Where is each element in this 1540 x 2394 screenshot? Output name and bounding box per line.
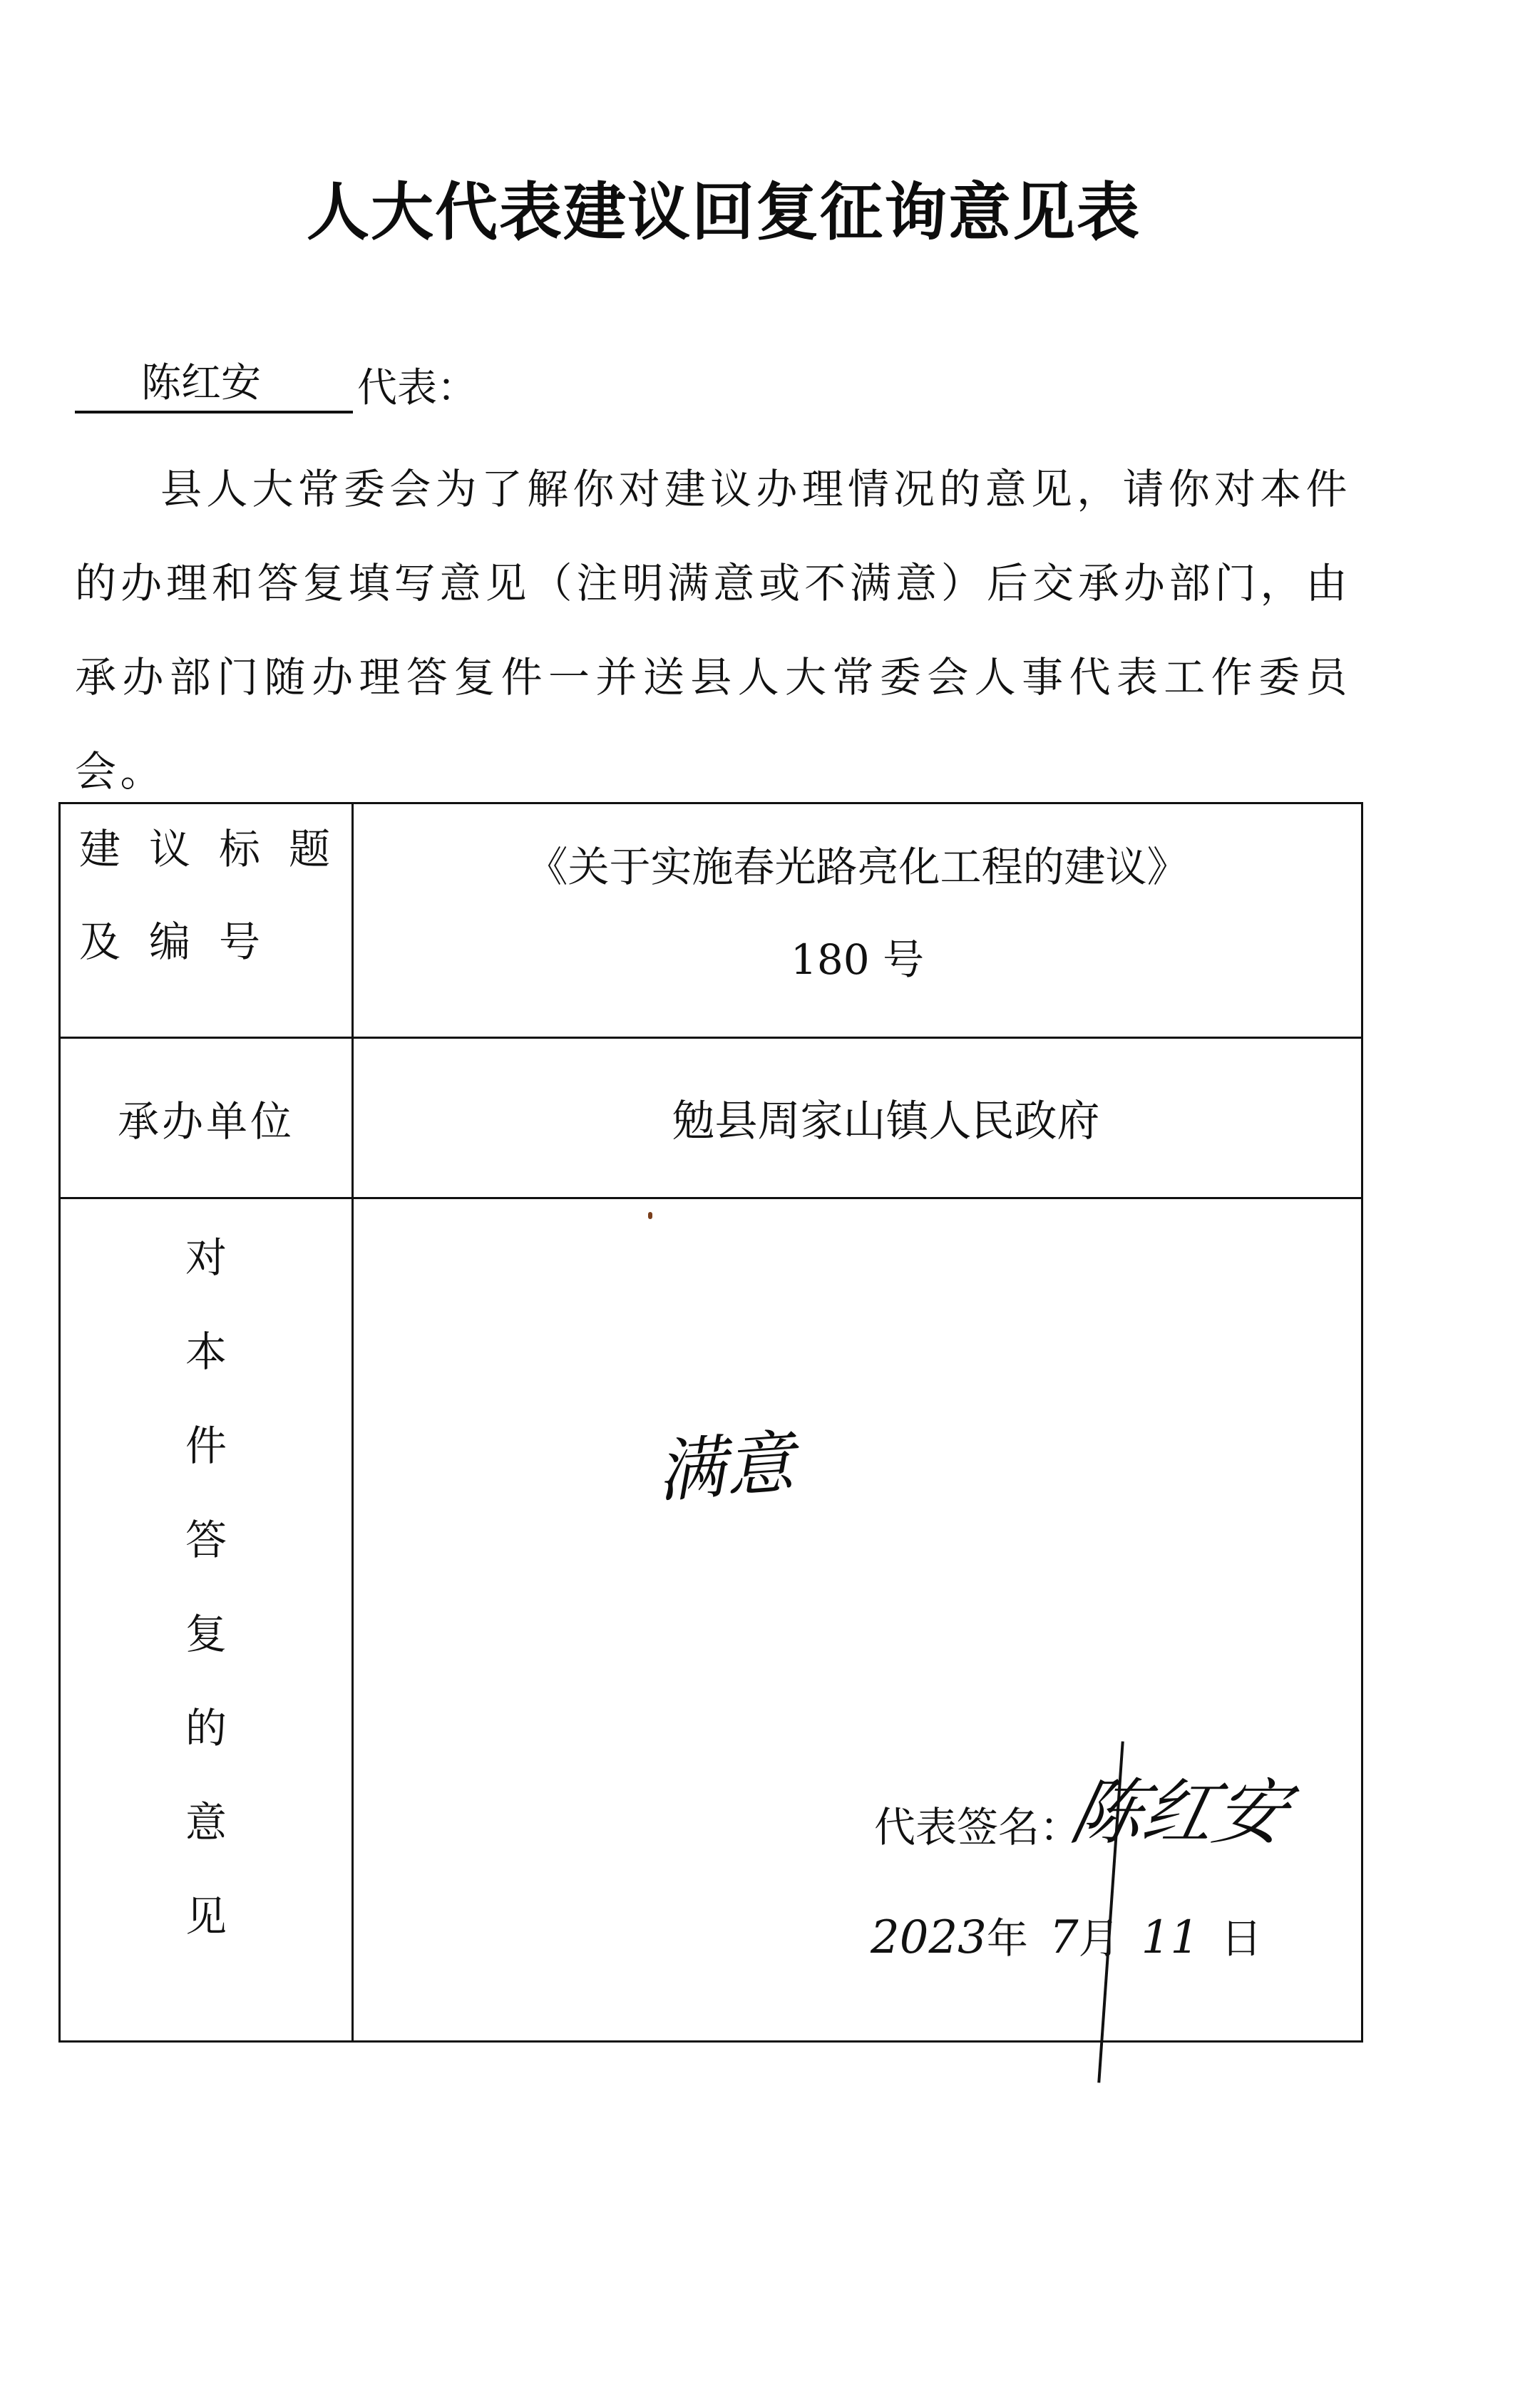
label-char: 复 [61, 1587, 351, 1681]
label-char: 及 [79, 918, 120, 966]
opinion-form-table: 建议标题 及编号 《关于实施春光路亮化工程的建议》 180 号 承办单位 勉县周… [58, 802, 1363, 2043]
signature-date: 2023年7月11日 [871, 1905, 1262, 1965]
label-char: 意 [61, 1775, 351, 1869]
ink-speck [648, 1212, 652, 1219]
document-title: 人大代表建议回复征询意见表 [307, 163, 1148, 252]
label-char: 建 [79, 825, 120, 873]
table-row-opinion: 对 本 件 答 复 的 意 见 满意 代表签名： 陈红安 2023年7月11日 [60, 1198, 1362, 2042]
proposal-title-label: 建议标题 及编号 [61, 803, 351, 988]
proposal-number: 180 号 [354, 913, 1361, 1006]
table-row-handling-unit: 承办单位 勉县周家山镇人民政府 [60, 1038, 1362, 1198]
date-month: 7 [1049, 1911, 1079, 1964]
salutation: 陈红安 代表： [75, 356, 477, 413]
proposal-title-label-cell: 建议标题 及编号 [60, 803, 353, 1038]
label-char: 题 [289, 825, 330, 873]
opinion-value-cell: 满意 代表签名： 陈红安 2023年7月11日 [353, 1198, 1362, 2042]
handling-unit-label: 承办单位 [60, 1038, 353, 1198]
salutation-suffix: 代表： [357, 356, 477, 413]
label-char: 答 [61, 1493, 351, 1587]
date-day-suffix: 日 [1221, 1914, 1262, 1963]
label-char: 标 [219, 825, 260, 873]
opinion-label-cell: 对 本 件 答 复 的 意 见 [60, 1198, 353, 2042]
proposal-title: 《关于实施春光路亮化工程的建议》 [354, 821, 1361, 913]
label-char: 对 [61, 1211, 351, 1305]
label-char: 本 [61, 1305, 351, 1399]
date-year: 2023 [871, 1911, 987, 1964]
instructions-paragraph: 县人大常委会为了解你对建议办理情况的意见，请你对本件的办理和答复填写意见（注明满… [75, 442, 1351, 818]
opinion-label: 对 本 件 答 复 的 意 见 [61, 1199, 351, 1963]
date-day: 11 [1141, 1911, 1199, 1964]
label-char: 号 [219, 918, 260, 966]
label-char: 见 [61, 1869, 351, 1963]
representative-name: 陈红安 [141, 360, 261, 406]
signature-label: 代表签名： [874, 1794, 1081, 1854]
handwritten-opinion: 满意 [653, 1408, 796, 1515]
handling-unit-value-cell: 勉县周家山镇人民政府 [353, 1038, 1362, 1198]
label-char: 的 [61, 1681, 351, 1775]
handling-unit: 勉县周家山镇人民政府 [672, 1096, 1100, 1146]
label-char: 议 [149, 825, 190, 873]
date-month-suffix: 月 [1079, 1914, 1120, 1963]
table-row-proposal-title: 建议标题 及编号 《关于实施春光路亮化工程的建议》 180 号 [60, 803, 1362, 1038]
date-year-suffix: 年 [987, 1914, 1028, 1963]
handwritten-signature: 陈红安 [1063, 1755, 1299, 1858]
representative-name-field: 陈红安 [75, 356, 353, 413]
proposal-title-value-cell: 《关于实施春光路亮化工程的建议》 180 号 [353, 803, 1362, 1038]
label-char: 编 [149, 918, 190, 966]
label-char: 件 [61, 1399, 351, 1493]
